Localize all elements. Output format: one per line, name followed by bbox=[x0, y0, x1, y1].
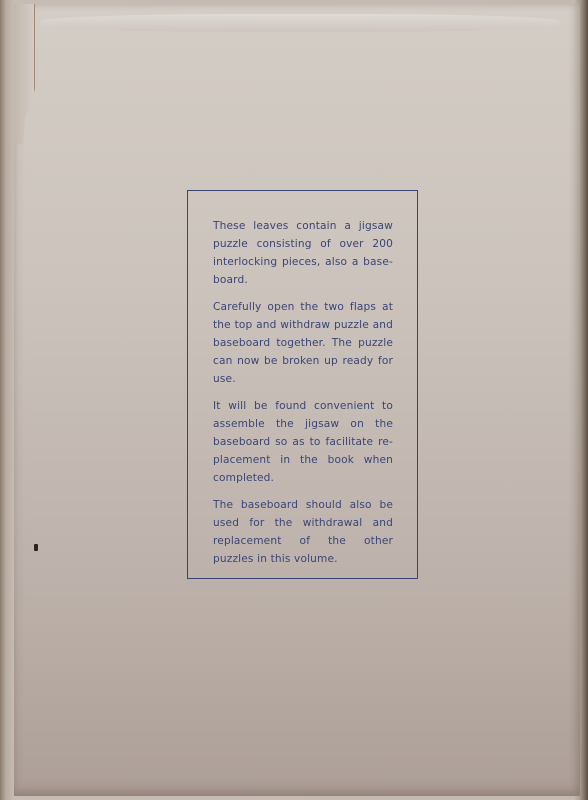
instruction-box: These leaves contain a jigsaw puzzle con… bbox=[187, 190, 418, 579]
instruction-paragraph-contents: These leaves contain a jigsaw puzzle con… bbox=[213, 217, 393, 289]
instruction-paragraph-baseboard: The baseboard should also be used for th… bbox=[213, 496, 393, 568]
instruction-paragraph-opening: Carefully open the two flaps at the top … bbox=[213, 298, 393, 388]
ink-spot bbox=[34, 544, 38, 551]
instruction-paragraph-assembly: It will be found convenient to assemble … bbox=[213, 397, 393, 487]
paper-crease bbox=[40, 14, 560, 32]
